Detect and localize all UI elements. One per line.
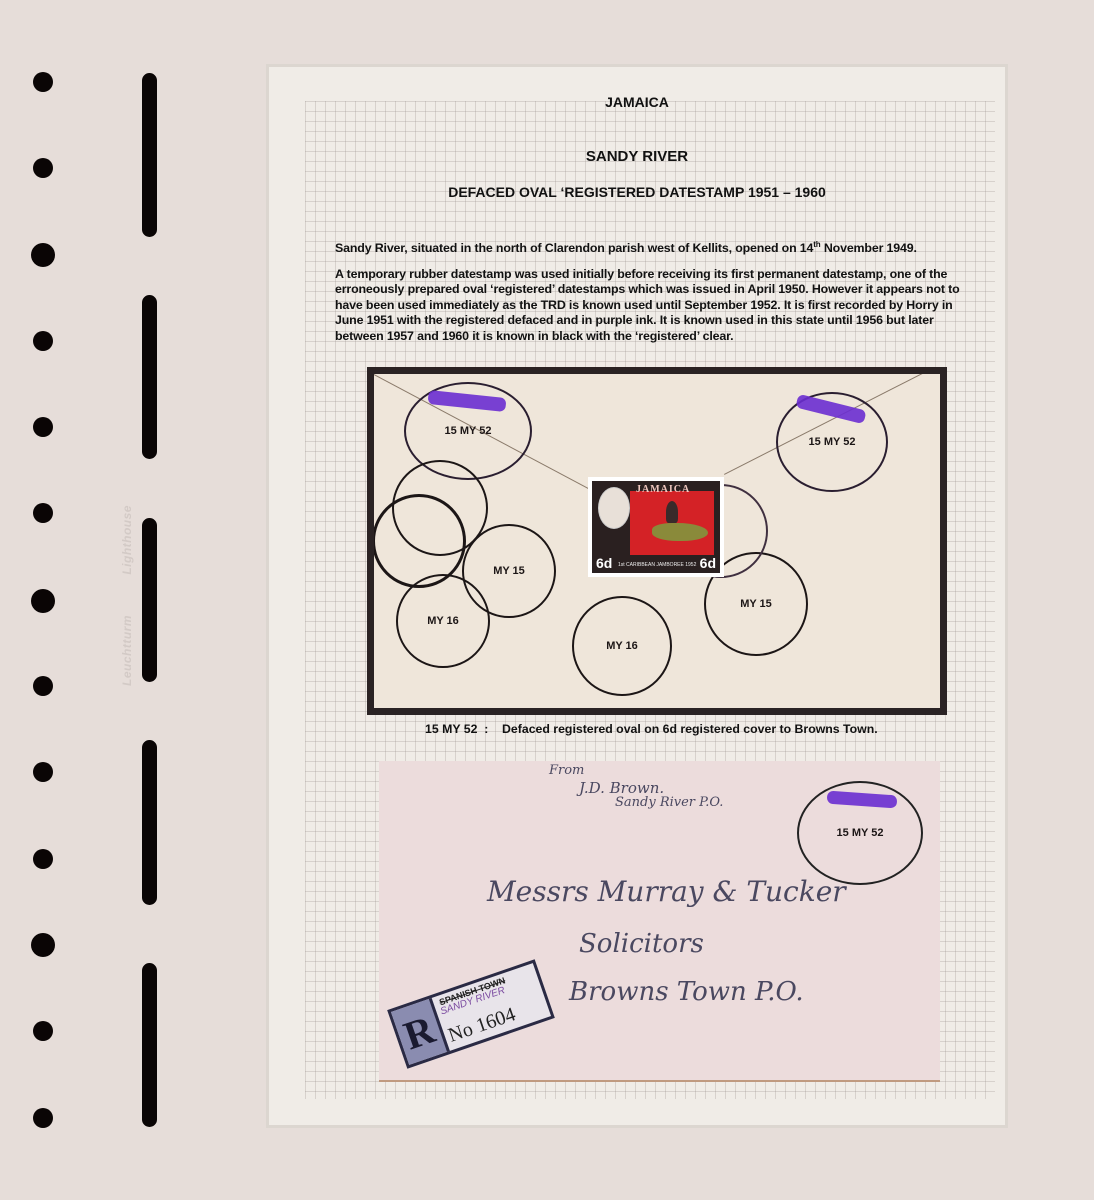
address-line-3: Browns Town P.O.: [569, 977, 804, 1007]
king-portrait-icon: [598, 487, 630, 529]
page-title: SANDY RIVER: [269, 148, 1005, 165]
punch-hole: [31, 589, 55, 613]
punch-hole: [33, 72, 53, 92]
cover-back-envelope: 15 MY 52 15 MY 52 MY 15 MY 16 MY 16 MY 1…: [374, 374, 940, 708]
stamp-value-right: 6d: [700, 555, 716, 571]
body-paragraph: A temporary rubber datestamp was used in…: [335, 267, 975, 344]
stamp-legend: 1st CARIBBEAN JAMBOREE 1952: [618, 562, 696, 568]
cover-front-envelope: From J.D. Brown. Sandy River P.O. 15 MY …: [379, 761, 940, 1082]
watermark-text: Leuchtturm: [120, 615, 134, 686]
sender-office: Sandy River P.O.: [615, 795, 723, 810]
intro-paragraph: Sandy River, situated in the north of Cl…: [335, 237, 975, 257]
punch-hole: [33, 417, 53, 437]
punch-hole: [33, 849, 53, 869]
page-country-heading: JAMAICA: [269, 94, 1005, 110]
postmark-ewarton: MY 16: [572, 596, 672, 696]
binder-slot: [142, 963, 157, 1127]
punch-hole: [33, 676, 53, 696]
album-page: JAMAICA SANDY RIVER DEFACED OVAL ‘REGIST…: [266, 64, 1008, 1128]
punch-hole: [33, 1021, 53, 1041]
punch-hole: [33, 331, 53, 351]
stamp-value-left: 6d: [596, 555, 612, 571]
cover-back-mount: 15 MY 52 15 MY 52 MY 15 MY 16 MY 16 MY 1…: [367, 367, 947, 715]
punch-hole: [31, 933, 55, 957]
address-line-2: Solicitors: [579, 929, 704, 959]
watermark-text: Lighthouse: [120, 505, 134, 575]
sender-from: From: [549, 763, 584, 778]
postage-stamp-6d-jamboree: JAMAICA 6d 1st CARIBBEAN JAMBOREE 1952 6…: [588, 477, 724, 577]
binder-slot: [142, 518, 157, 682]
binder-slot: [142, 295, 157, 459]
punch-hole: [31, 243, 55, 267]
punch-hole: [33, 762, 53, 782]
binder-slot: [142, 740, 157, 905]
page-subtitle: DEFACED OVAL ‘REGISTERED DATESTAMP 1951 …: [269, 184, 1005, 200]
binder-slot: [142, 73, 157, 237]
scout-fleur-de-lis-icon: [666, 501, 678, 523]
stamp-country: JAMAICA: [636, 484, 690, 495]
punch-hole: [33, 158, 53, 178]
punch-hole: [33, 1108, 53, 1128]
postmark-frankfield: MY 16: [396, 574, 490, 668]
cover-caption: 15 MY 52 : Defaced registered oval on 6d…: [425, 722, 878, 736]
postmark-browns-town: [374, 494, 466, 588]
punch-hole: [33, 503, 53, 523]
registration-label: R SPANISH TOWN SANDY RIVER No 1604: [387, 959, 555, 1068]
address-line-1: Messrs Murray & Tucker: [487, 875, 846, 908]
jamaica-map-icon: [652, 523, 708, 541]
